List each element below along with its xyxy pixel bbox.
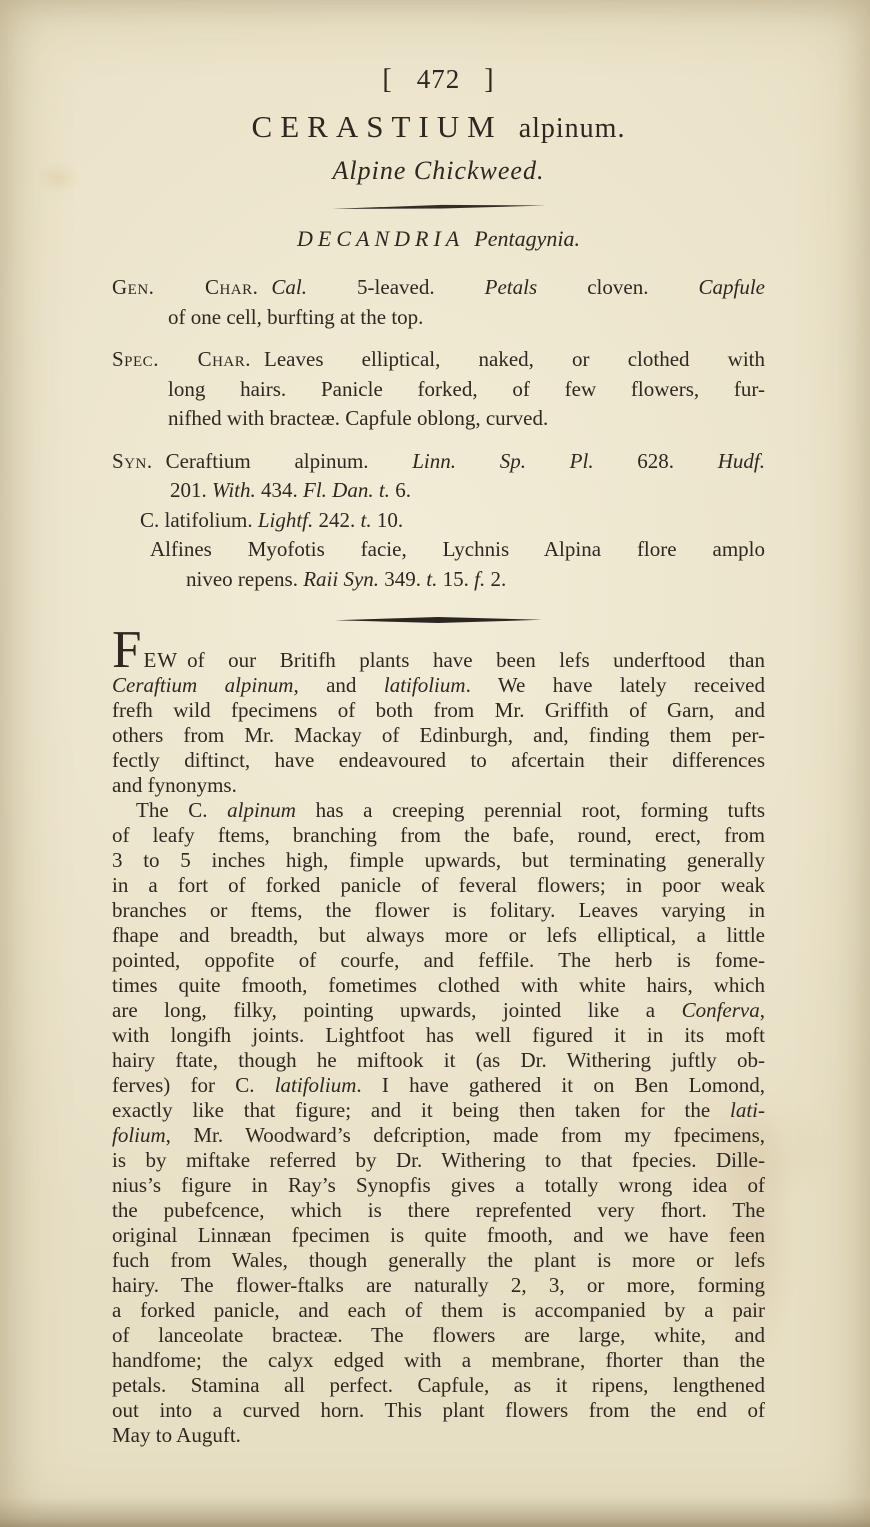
character-entries: Gen. Char.Cal. 5-leaved. Petals cloven. … xyxy=(112,273,765,594)
text-line: fuch from Wales, though generally the pl… xyxy=(112,1248,765,1273)
italic-text: Lightf. xyxy=(258,508,313,532)
text-line: Ceraftium alpinum, and latifolium. We ha… xyxy=(112,673,765,698)
text-line: of one cell, burfting at the top. xyxy=(168,303,765,333)
species-title: CERASTIUMalpinum. xyxy=(112,108,765,148)
book-page: [472] CERASTIUMalpinum. Alpine Chickweed… xyxy=(0,0,870,1527)
paragraph-description: The C. alpinum has a creeping perennial … xyxy=(112,798,765,1448)
section-specific-character: Spec. Char.Leaves elliptical, naked, or … xyxy=(112,345,765,434)
text-line: exactly like that figure; and it being t… xyxy=(112,1098,765,1123)
text-line: are long, filky, pointing upwards, joint… xyxy=(112,998,765,1023)
text-line: nifhed with bracteæ. Capfule oblong, cur… xyxy=(168,404,765,434)
text-line: The C. alpinum has a creeping perennial … xyxy=(112,798,765,823)
italic-text: Hudf. xyxy=(718,449,765,473)
text-line: is by miftake referred by Dr. Withering … xyxy=(112,1148,765,1173)
drop-initial: F xyxy=(112,621,141,679)
bracket-open: [ xyxy=(382,64,392,95)
text-line: Syn.Ceraftium alpinum. Linn. Sp. Pl. 628… xyxy=(112,447,765,477)
text-line: niveo repens. Raii Syn. 349. t. 15. f. 2… xyxy=(186,565,765,595)
text-line: petals. Stamina all perfect. Capfule, as… xyxy=(112,1373,765,1398)
lead-capitals: EW xyxy=(143,648,178,672)
text-line: Alfines Myofotis facie, Lychnis Alpina f… xyxy=(150,535,765,565)
text-line: hairy. The flower-ftalks are naturally 2… xyxy=(112,1273,765,1298)
text-line: original Linnæan fpecimen is quite fmoot… xyxy=(112,1223,765,1248)
italic-text: Petals xyxy=(485,275,538,299)
italic-text: t. xyxy=(361,508,372,532)
italic-text: latifolium xyxy=(384,673,466,697)
page-number-value: 472 xyxy=(417,64,461,94)
text-line: nius’s figure in Ray’s Synopfis gives a … xyxy=(112,1173,765,1198)
classification-line: DECANDRIAPentagynia. xyxy=(112,225,765,253)
text-line: in a fort of forked panicle of feveral f… xyxy=(112,873,765,898)
text-line: of leafy ftems, branching from the bafe,… xyxy=(112,823,765,848)
text-line: ferves) for C. latifolium. I have gather… xyxy=(112,1073,765,1098)
italic-text: alpinum xyxy=(227,798,296,822)
text-line: handfome; the calyx edged with a membran… xyxy=(112,1348,765,1373)
text-line: with longifh joints. Lightfoot has well … xyxy=(112,1023,765,1048)
ornamental-rule-middle xyxy=(112,616,765,624)
italic-text: Linn. Sp. Pl. xyxy=(412,449,593,473)
text-line: Spec. Char.Leaves elliptical, naked, or … xyxy=(112,345,765,375)
text-line: a forked panicle, and each of them is ac… xyxy=(112,1298,765,1323)
section-generic-character: Gen. Char.Cal. 5-leaved. Petals cloven. … xyxy=(112,273,765,332)
text-line: Gen. Char.Cal. 5-leaved. Petals cloven. … xyxy=(112,273,765,303)
italic-text: Fl. Dan. t. xyxy=(303,478,390,502)
section-synonyms: Syn.Ceraftium alpinum. Linn. Sp. Pl. 628… xyxy=(112,447,765,595)
text-line: pointed, oppofite of courfe, and feffile… xyxy=(112,948,765,973)
italic-text: Conferva xyxy=(682,998,760,1022)
text-line: FEWof our Britifh plants have been lefs … xyxy=(112,648,765,673)
text-line: others from Mr. Mackay of Edinburgh, and… xyxy=(112,723,765,748)
ornamental-rule-top xyxy=(112,204,765,210)
section-label: Syn. xyxy=(112,449,153,473)
genus-name: CERASTIUM xyxy=(252,109,503,144)
page-number: [472] xyxy=(112,64,765,95)
linnaean-class: DECANDRIA xyxy=(297,226,464,251)
text-line: hairy ftate, though he miftook it (as Dr… xyxy=(112,1048,765,1073)
text-line: and fynonyms. xyxy=(112,773,765,798)
text-line: fhape and breadth, but always more or le… xyxy=(112,923,765,948)
italic-text: f. xyxy=(474,567,485,591)
italic-text: With. xyxy=(212,478,256,502)
page-content: [472] CERASTIUMalpinum. Alpine Chickweed… xyxy=(112,0,765,1448)
text-line: long hairs. Panicle forked, of few flowe… xyxy=(168,375,765,405)
text-line: frefh wild fpecimens of both from Mr. Gr… xyxy=(112,698,765,723)
text-line: folium, Mr. Woodward’s defcription, made… xyxy=(112,1123,765,1148)
linnaean-order: Pentagynia. xyxy=(474,226,580,251)
text-line: fectly diftinct, have endeavoured to afc… xyxy=(112,748,765,773)
italic-text: Cal. xyxy=(271,275,307,299)
text-line: 201. With. 434. Fl. Dan. t. 6. xyxy=(170,476,765,506)
text-line: of lanceolate bracteæ. The flowers are l… xyxy=(112,1323,765,1348)
italic-text: folium xyxy=(112,1123,166,1147)
text-line: the pubefcence, which is there reprefent… xyxy=(112,1198,765,1223)
section-label: Gen. Char. xyxy=(112,275,258,299)
text-line: times quite fmooth, fometimes clothed wi… xyxy=(112,973,765,998)
text-line: out into a curved horn. This plant flowe… xyxy=(112,1398,765,1423)
italic-text: latifolium xyxy=(275,1073,357,1097)
paragraph-intro: FEWof our Britifh plants have been lefs … xyxy=(112,648,765,798)
bracket-close: ] xyxy=(484,64,494,95)
italic-text: lati- xyxy=(730,1098,765,1122)
italic-text: Capfule xyxy=(699,275,766,299)
common-name: Alpine Chickweed. xyxy=(112,155,765,187)
text-line: branches or ftems, the flower is folitar… xyxy=(112,898,765,923)
species-epithet: alpinum. xyxy=(519,113,626,144)
italic-text: Ceraftium alpinum xyxy=(112,673,293,697)
italic-text: Raii Syn. xyxy=(303,567,379,591)
section-label: Spec. Char. xyxy=(112,347,251,371)
text-line: C. latifolium. Lightf. 242. t. 10. xyxy=(140,506,765,536)
text-line: 3 to 5 inches high, fimple upwards, but … xyxy=(112,848,765,873)
italic-text: t. xyxy=(426,567,437,591)
text-line: May to Auguft. xyxy=(112,1423,765,1448)
description-text: FEWof our Britifh plants have been lefs … xyxy=(112,648,765,1448)
